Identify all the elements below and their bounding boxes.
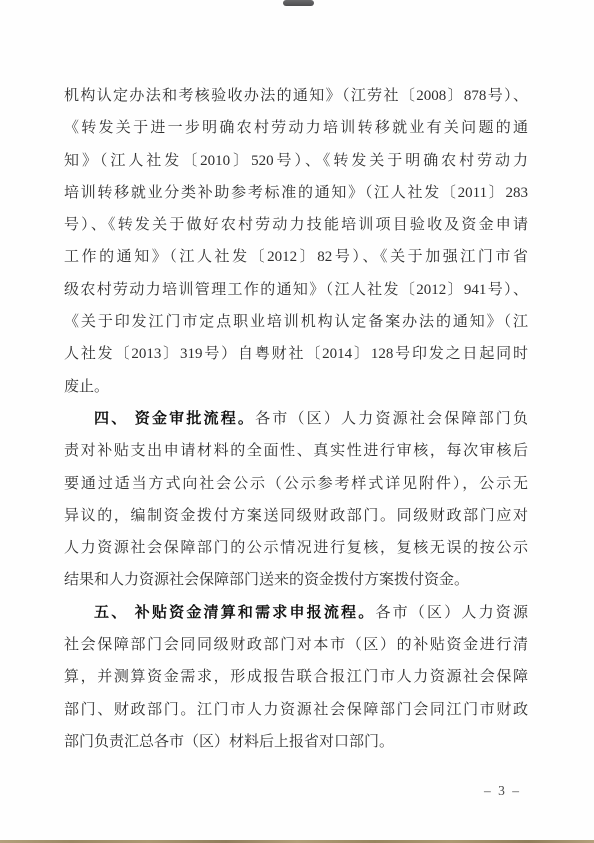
paragraph: 机构认定办法和考核验收办法的通知》（江劳社〔2008〕878号）、《转发关于进一…	[64, 80, 528, 403]
text-line: 《转发关于进一步明确农村劳动力培训转移就业有关问题的通	[64, 112, 528, 144]
paragraph: 四、 资金审批流程。各市（区）人力资源社会保障部门负责对补贴支出申请材料的全面性…	[64, 403, 528, 597]
text-line: 要通过适当方式向社会公示（公示参考样式详见附件），公示无	[64, 468, 528, 500]
text-line: 《关于印发江门市定点职业培训机构认定备案办法的通知》（江	[64, 306, 528, 338]
text-line: 五、 补贴资金清算和需求申报流程。各市（区）人力资源	[64, 597, 528, 629]
text-line: 机构认定办法和考核验收办法的通知》（江劳社〔2008〕878号）、	[64, 80, 528, 112]
text-line: 废止。	[64, 371, 528, 403]
text-line: 人力资源社会保障部门的公示情况进行复核，复核无误的按公示	[64, 532, 528, 564]
text-line: 部门负责汇总各市（区）材料后上报省对口部门。	[64, 726, 528, 758]
text-line: 结果和人力资源社会保障部门送来的资金拨付方案拨付资金。	[64, 564, 528, 596]
section-heading: 四、 资金审批流程。	[94, 410, 255, 427]
text-line: 培训转移就业分类补助参考标准的通知》（江人社发〔2011〕283	[64, 177, 528, 209]
section-heading: 五、 补贴资金清算和需求申报流程。	[94, 604, 375, 621]
text-line: 人社发〔2013〕319号）自粤财社〔2014〕128号印发之日起同时	[64, 338, 528, 370]
text-line: 算，并测算资金需求，形成报告联合报江门市人力资源社会保障	[64, 661, 528, 693]
document-page: 机构认定办法和考核验收办法的通知》（江劳社〔2008〕878号）、《转发关于进一…	[0, 0, 594, 843]
text-line: 部门、财政部门。江门市人力资源社会保障部门会同江门市财政	[64, 694, 528, 726]
text-line: 异议的，编制资金拨付方案送同级财政部门。同级财政部门应对	[64, 500, 528, 532]
page-number: – 3 –	[455, 783, 550, 799]
text-line: 工作的通知》（江人社发〔2012〕82号）、《关于加强江门市省	[64, 241, 528, 273]
binding-mark-icon	[283, 0, 314, 6]
text-line: 社会保障部门会同同级财政部门对本市（区）的补贴资金进行清	[64, 629, 528, 661]
text-line: 级农村劳动力培训管理工作的通知》（江人社发〔2012〕941号）、	[64, 274, 528, 306]
text-line: 号）、《转发关于做好农村劳动力技能培训项目验收及资金申请	[64, 209, 528, 241]
document-body: 机构认定办法和考核验收办法的通知》（江劳社〔2008〕878号）、《转发关于进一…	[64, 80, 528, 758]
text-line: 四、 资金审批流程。各市（区）人力资源社会保障部门负	[64, 403, 528, 435]
text-line: 知》（江人社发〔2010〕520号）、《转发关于明确农村劳动力	[64, 145, 528, 177]
paragraph: 五、 补贴资金清算和需求申报流程。各市（区）人力资源社会保障部门会同同级财政部门…	[64, 597, 528, 758]
text-line: 责对补贴支出申请材料的全面性、真实性进行审核，每次审核后	[64, 435, 528, 467]
